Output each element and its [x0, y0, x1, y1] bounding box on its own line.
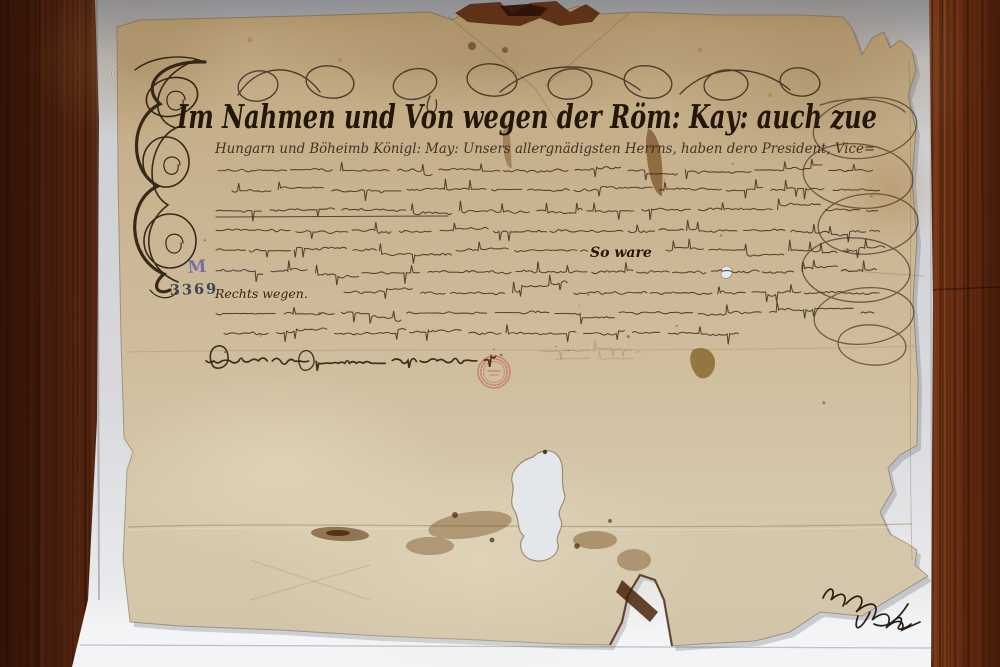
heading-line2: Hungarn und Böheimb Königl: May: Unsers …: [214, 141, 875, 157]
emphasis-rechts-wegen: Rechts wegen.: [214, 286, 308, 301]
photo-of-manuscript: Im Nahmen und Von wegen der Röm: Kay: au…: [0, 0, 1000, 667]
heading-line1: Im Nahmen und Von wegen der Röm: Kay: au…: [176, 97, 877, 136]
registry-number: 3369: [170, 280, 219, 299]
registry-mark-letter: M: [187, 257, 207, 278]
manuscript-photo-canvas: Im Nahmen und Von wegen der Röm: Kay: au…: [0, 0, 1000, 667]
small-hole: [721, 266, 732, 278]
emphasis-so-ware: So ware: [590, 245, 652, 261]
